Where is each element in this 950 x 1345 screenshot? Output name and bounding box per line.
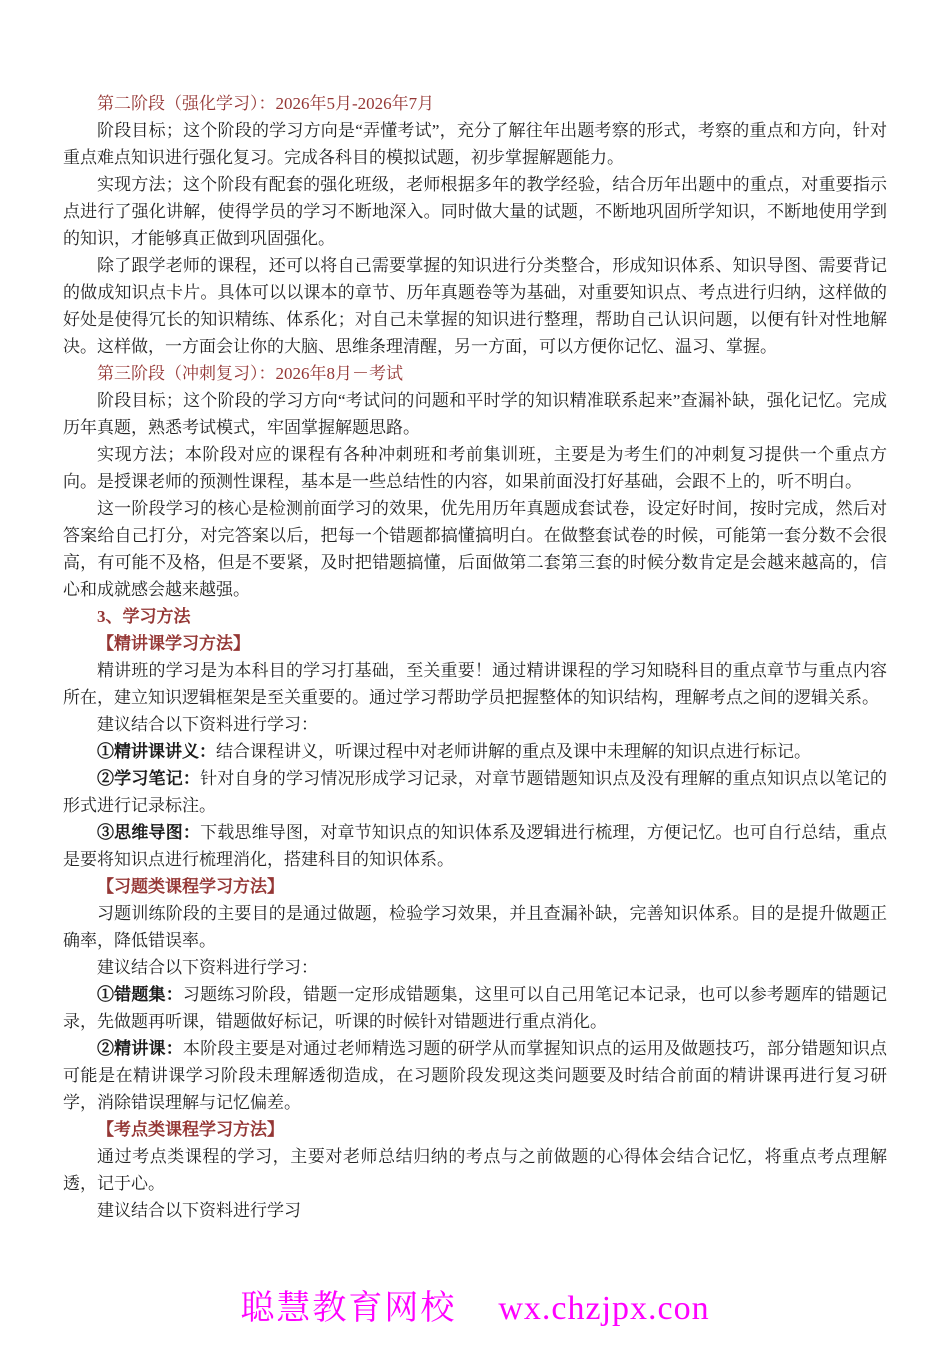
keypoint-method-heading: 【考点类课程学习方法】 bbox=[63, 1116, 887, 1143]
exercise-item-1-lead: ①错题集： bbox=[97, 985, 183, 1004]
document-page: 第二阶段（强化学习）：2026年5月-2026年7月 阶段目标；这个阶段的学习方… bbox=[0, 0, 950, 1345]
exercise-item-2: ②精讲课：本阶段主要是对通过老师精选习题的研学从而掌握知识点的运用及做题技巧，部… bbox=[63, 1035, 887, 1116]
exercise-item-2-lead: ②精讲课： bbox=[97, 1039, 183, 1058]
exercise-item-1-text: 习题练习阶段，错题一定形成错题集，这里可以自己用笔记本记录，也可以参考题库的错题… bbox=[63, 985, 887, 1031]
footer-wechat-id: wx.chzjpx.con bbox=[498, 1290, 709, 1327]
stage2-method-paragraph: 实现方法；这个阶段有配套的强化班级，老师根据多年的教学经验，结合历年出题中的重点… bbox=[63, 171, 887, 252]
lecture-item-1-text: 结合课程讲义，听课过程中对老师讲解的重点及课中未理解的知识点进行标记。 bbox=[216, 742, 811, 761]
lecture-item-3: ③思维导图：下载思维导图，对章节知识点的知识体系及逻辑进行梳理，方便记忆。也可自… bbox=[63, 819, 887, 873]
stage2-extra-paragraph: 除了跟学老师的课程，还可以将自己需要掌握的知识进行分类整合，形成知识体系、知识导… bbox=[63, 252, 887, 360]
keypoint-method-paragraph: 通过考点类课程的学习，主要对老师总结归纳的考点与之前做题的心得体会结合记忆，将重… bbox=[63, 1143, 887, 1197]
lecture-item-2: ②学习笔记：针对自身的学习情况形成学习记录，对章节题错题知识点及没有理解的重点知… bbox=[63, 765, 887, 819]
stage3-core-paragraph: 这一阶段学习的核心是检测前面学习的效果，优先用历年真题成套试卷，设定好时间，按时… bbox=[63, 495, 887, 603]
stage3-goal-paragraph: 阶段目标；这个阶段的学习方向“考试问的问题和平时学的知识精准联系起来”查漏补缺，… bbox=[63, 387, 887, 441]
lecture-method-paragraph: 精讲班的学习是为本科目的学习打基础，至关重要！通过精讲课程的学习知晓科目的重点章… bbox=[63, 657, 887, 711]
footer-watermark: 聪慧教育网校wx.chzjpx.con bbox=[0, 1286, 950, 1332]
footer-brand: 聪慧教育网校 bbox=[240, 1290, 456, 1327]
lecture-item-2-lead: ②学习笔记： bbox=[97, 769, 200, 788]
stage3-method-paragraph: 实现方法；本阶段对应的课程有各种冲刺班和考前集训班，主要是为考生们的冲刺复习提供… bbox=[63, 441, 887, 495]
lecture-suggestion-line: 建议结合以下资料进行学习： bbox=[63, 711, 887, 738]
stage2-goal-paragraph: 阶段目标；这个阶段的学习方向是“弄懂考试”，充分了解往年出题考察的形式，考察的重… bbox=[63, 117, 887, 171]
exercise-suggestion-line: 建议结合以下资料进行学习： bbox=[63, 954, 887, 981]
lecture-item-1-lead: ①精讲课讲义： bbox=[97, 742, 216, 761]
lecture-item-1: ①精讲课讲义：结合课程讲义，听课过程中对老师讲解的重点及课中未理解的知识点进行标… bbox=[63, 738, 887, 765]
stage2-heading: 第二阶段（强化学习）：2026年5月-2026年7月 bbox=[63, 90, 887, 117]
exercise-item-1: ①错题集：习题练习阶段，错题一定形成错题集，这里可以自己用笔记本记录，也可以参考… bbox=[63, 981, 887, 1035]
document-body: 第二阶段（强化学习）：2026年5月-2026年7月 阶段目标；这个阶段的学习方… bbox=[63, 90, 887, 1224]
exercise-method-paragraph: 习题训练阶段的主要目的是通过做题，检验学习效果，并且查漏补缺，完善知识体系。目的… bbox=[63, 900, 887, 954]
stage3-heading: 第三阶段（冲刺复习）：2026年8月－考试 bbox=[63, 360, 887, 387]
lecture-method-heading: 【精讲课学习方法】 bbox=[63, 630, 887, 657]
exercise-method-heading: 【习题类课程学习方法】 bbox=[63, 873, 887, 900]
lecture-item-3-lead: ③思维导图： bbox=[97, 823, 200, 842]
exercise-item-2-text: 本阶段主要是对通过老师精选习题的研学从而掌握知识点的运用及做题技巧，部分错题知识… bbox=[63, 1039, 887, 1112]
section3-heading: 3、学习方法 bbox=[63, 603, 887, 630]
keypoint-suggestion-line: 建议结合以下资料进行学习 bbox=[63, 1197, 887, 1224]
